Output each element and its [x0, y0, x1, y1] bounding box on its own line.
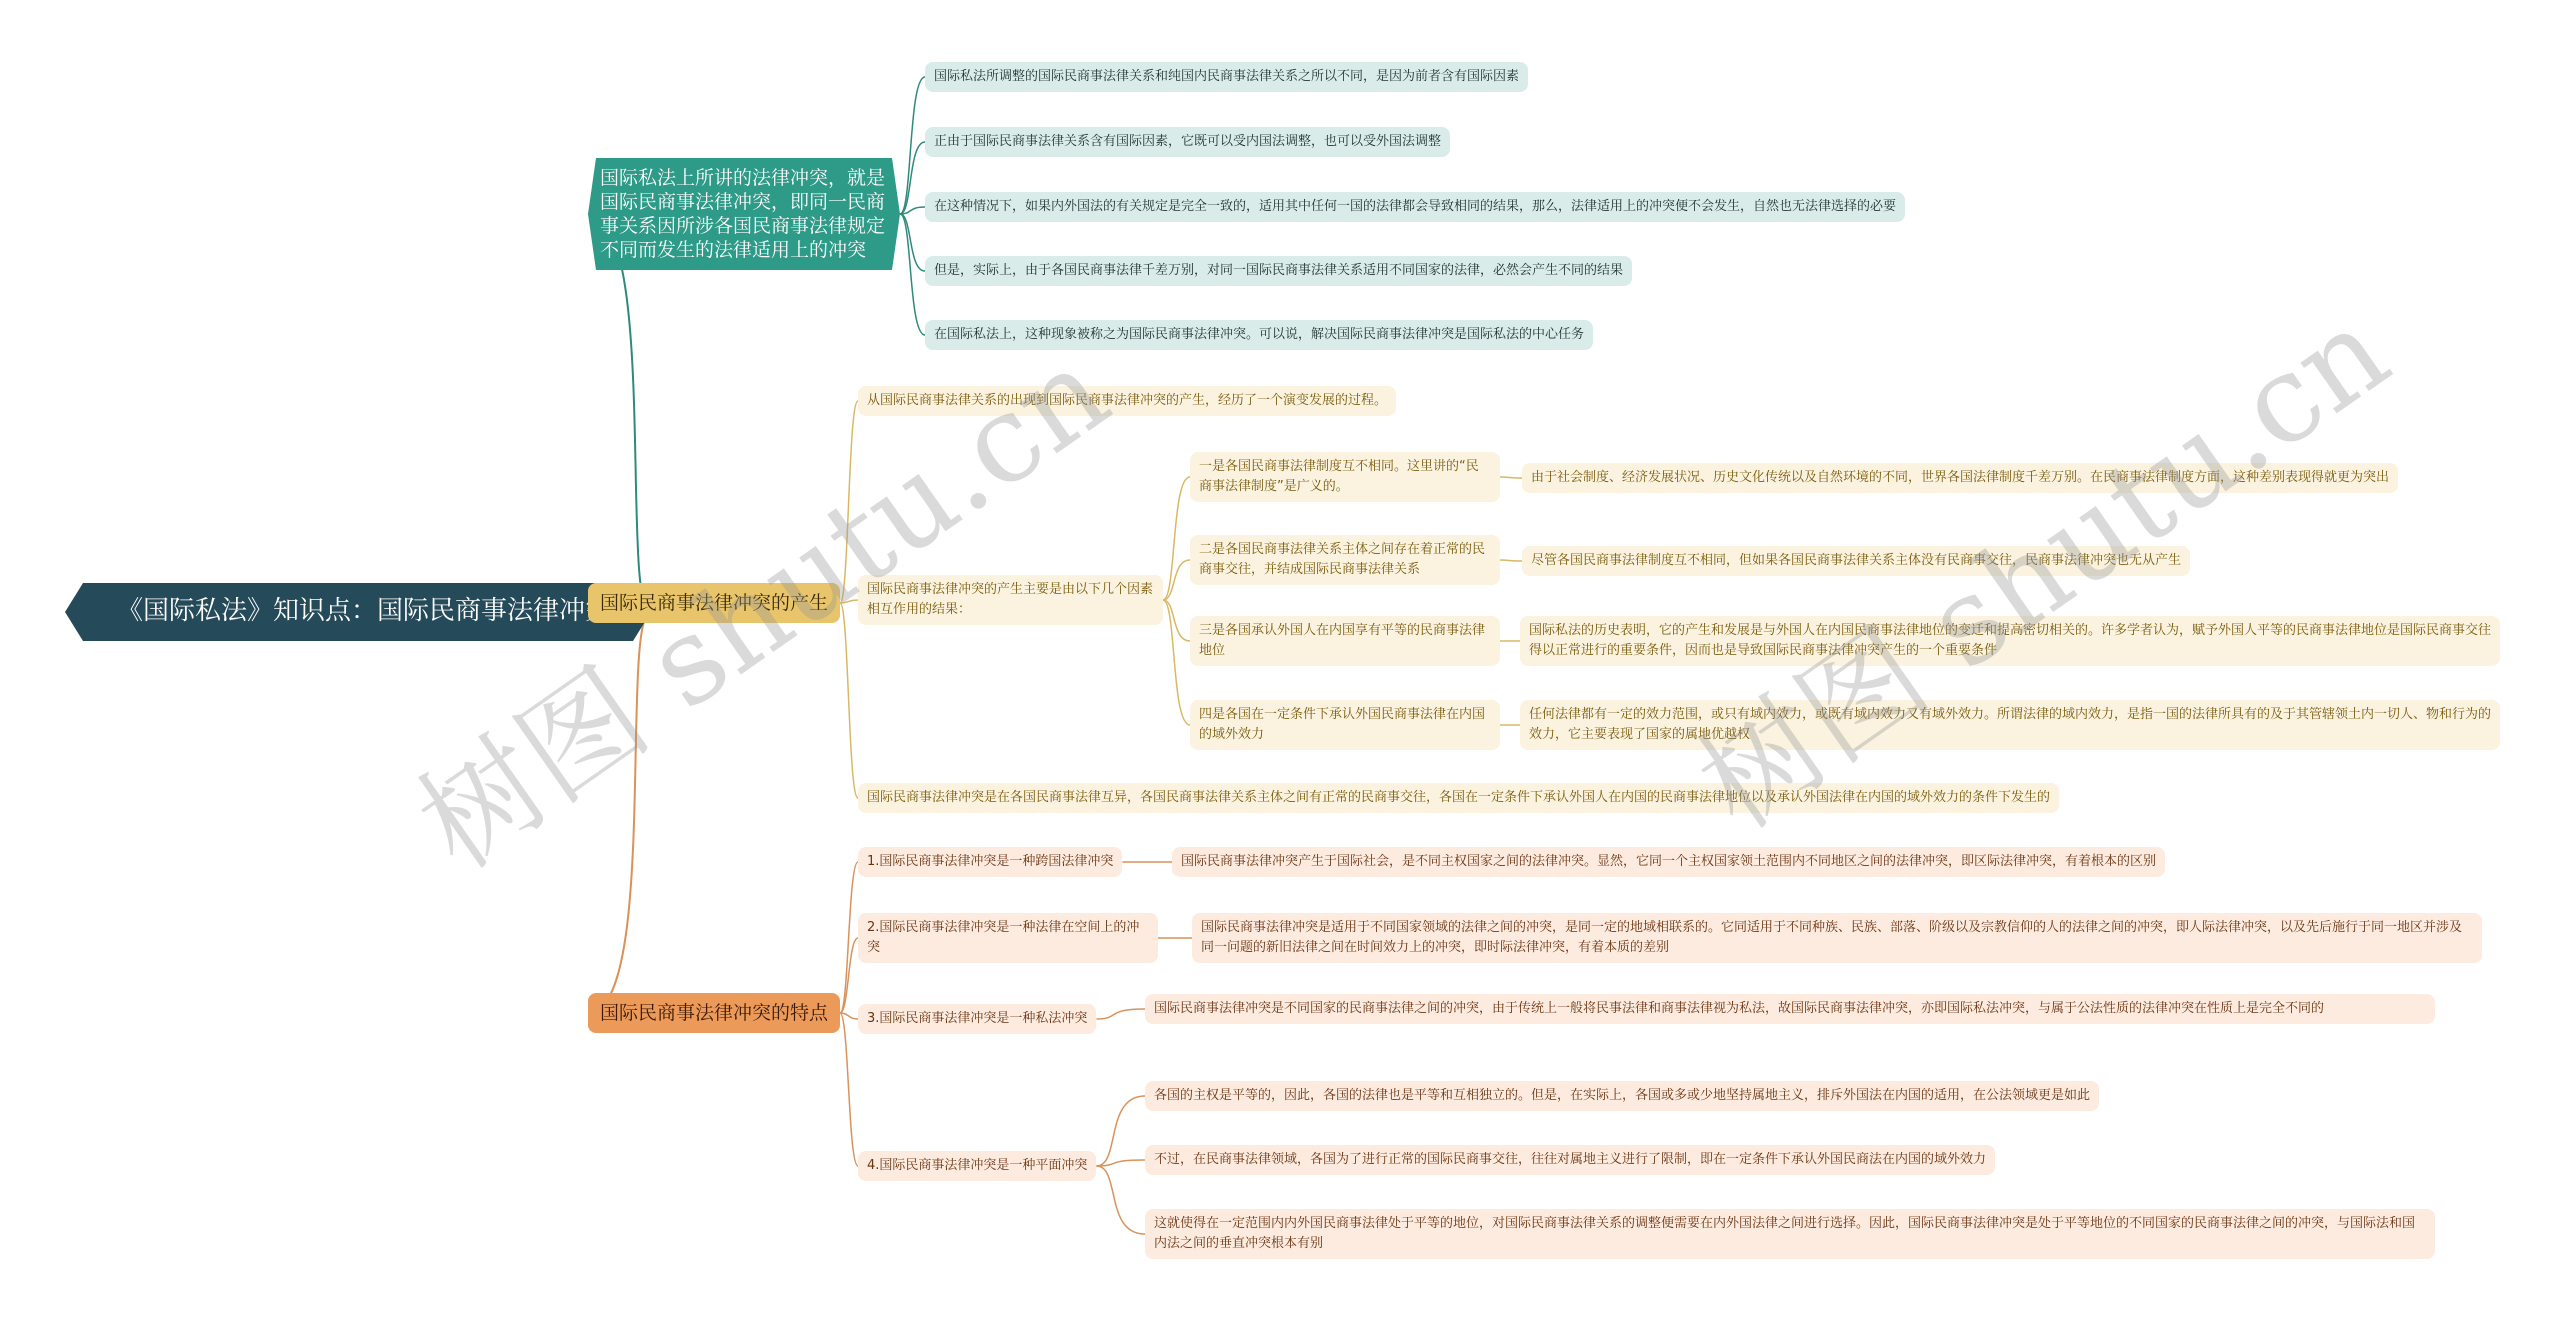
feature-detail[interactable]: 国际民商事法律冲突是适用于不同国家领域的法律之间的冲突，是同一定的地域相联系的。… [1192, 913, 2482, 963]
feature-item[interactable]: 2.国际民商事法律冲突是一种法律在空间上的冲突 [858, 913, 1158, 963]
feature-detail[interactable]: 不过，在民商事法律领域，各国为了进行正常的国际民商事交往，往往对属地主义进行了限… [1145, 1145, 1995, 1175]
factor-detail[interactable]: 国际私法的历史表明，它的产生和发展是与外国人在内国民商事法律地位的变迁和提高密切… [1520, 616, 2500, 666]
factor-item[interactable]: 四是各国在一定条件下承认外国民商事法律在内国的域外效力 [1190, 700, 1500, 750]
feature-item[interactable]: 4.国际民商事法律冲突是一种平面冲突 [858, 1151, 1096, 1181]
feature-detail[interactable]: 国际民商事法律冲突产生于国际社会，是不同主权国家之间的法律冲突。显然，它同一个主… [1172, 847, 2165, 877]
leaf-note[interactable]: 在这种情况下，如果内外国法的有关规定是完全一致的，适用其中任何一国的法律都会导致… [925, 192, 1905, 222]
leaf-note[interactable]: 正由于国际民商事法律关系含有国际因素，它既可以受内国法调整，也可以受外国法调整 [925, 127, 1450, 157]
factor-item[interactable]: 二是各国民商事法律关系主体之间存在着正常的民商事交往，并结成国际民商事法律关系 [1190, 535, 1500, 585]
branch-conflict-origin[interactable]: 国际民商事法律冲突的产生 [588, 583, 840, 623]
factor-item[interactable]: 三是各国承认外国人在内国享有平等的民商事法律地位 [1190, 616, 1500, 666]
origin-factors-node[interactable]: 国际民商事法律冲突的产生主要是由以下几个因素相互作用的结果： [858, 575, 1163, 625]
factor-detail[interactable]: 任何法律都有一定的效力范围，或只有域内效力，或既有域内效力又有域外效力。所谓法律… [1520, 700, 2500, 750]
feature-detail[interactable]: 这就使得在一定范围内内外国民商事法律处于平等的地位，对国际民商事法律关系的调整便… [1145, 1209, 2435, 1259]
feature-detail[interactable]: 各国的主权是平等的，因此，各国的法律也是平等和互相独立的。但是，在实际上，各国或… [1145, 1081, 2099, 1111]
factor-detail[interactable]: 由于社会制度、经济发展状况、历史文化传统以及自然环境的不同，世界各国法律制度千差… [1522, 463, 2398, 493]
origin-summary-note[interactable]: 国际民商事法律冲突是在各国民商事法律互异，各国民商事法律关系主体之间有正常的民商… [858, 783, 2059, 813]
branch-legal-conflict-definition[interactable]: 国际私法上所讲的法律冲突，就是国际民商事法律冲突，即同一民商事关系因所涉各国民商… [588, 158, 900, 270]
origin-intro-note[interactable]: 从国际民商事法律关系的出现到国际民商事法律冲突的产生，经历了一个演变发展的过程。 [858, 386, 1396, 416]
factor-detail[interactable]: 尽管各国民商事法律制度互不相同，但如果各国民商事法律关系主体没有民商事交往，民商… [1522, 546, 2190, 576]
leaf-note[interactable]: 但是，实际上，由于各国民商事法律千差万别，对同一国际民商事法律关系适用不同国家的… [925, 256, 1632, 286]
feature-item[interactable]: 1.国际民商事法律冲突是一种跨国法律冲突 [858, 847, 1122, 877]
branch-conflict-features[interactable]: 国际民商事法律冲突的特点 [588, 993, 840, 1033]
leaf-note[interactable]: 在国际私法上，这种现象被称之为国际民商事法律冲突。可以说，解决国际民商事法律冲突… [925, 320, 1593, 350]
root-topic[interactable]: 《国际私法》知识点：国际民商事法律冲突 [65, 583, 651, 641]
leaf-note[interactable]: 国际私法所调整的国际民商事法律关系和纯国内民商事法律关系之所以不同，是因为前者含… [925, 62, 1528, 92]
feature-item[interactable]: 3.国际民商事法律冲突是一种私法冲突 [858, 1004, 1096, 1034]
feature-detail[interactable]: 国际民商事法律冲突是不同国家的民商事法律之间的冲突，由于传统上一般将民事法律和商… [1145, 994, 2435, 1024]
factor-item[interactable]: 一是各国民商事法律制度互不相同。这里讲的“民商事法律制度”是广义的。 [1190, 452, 1500, 502]
